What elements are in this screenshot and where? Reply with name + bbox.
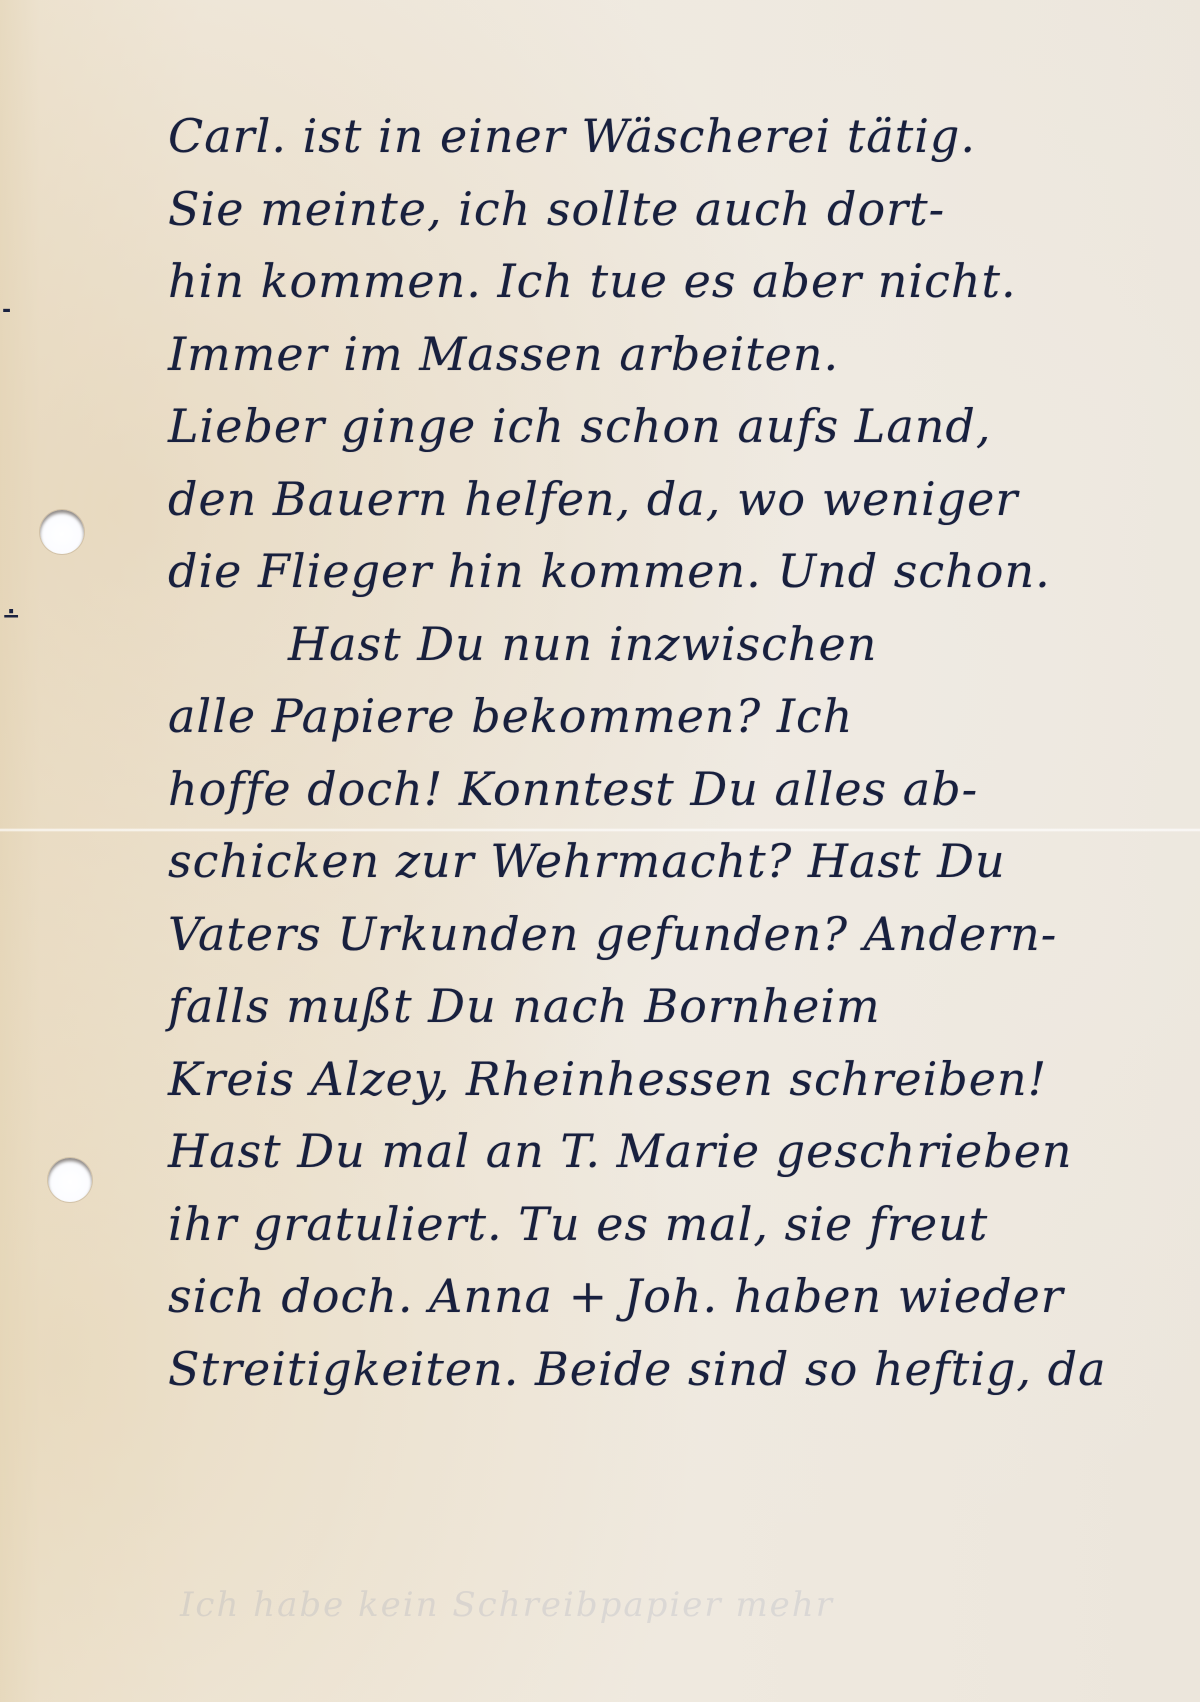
- punch-hole-bottom: [48, 1158, 92, 1202]
- letter-line: Immer im Massen arbeiten.: [168, 318, 1168, 391]
- letter-body: Carl. ist in einer Wäscherei tätig. Sie …: [168, 100, 1168, 1405]
- letter-line-paragraph-start: Hast Du nun inzwischen: [168, 608, 1168, 681]
- letter-line: Sie meinte, ich sollte auch dort-: [168, 173, 1168, 246]
- margin-ink-mark: ∸: [2, 606, 20, 628]
- letter-line: Kreis Alzey, Rheinhessen schreiben!: [168, 1043, 1168, 1116]
- letter-line: falls mußt Du nach Bornheim: [168, 970, 1168, 1043]
- bleed-through-text: Ich habe kein Schreibpapier mehr: [180, 1585, 834, 1625]
- letter-line: Vaters Urkunden gefunden? Andern-: [168, 898, 1168, 971]
- letter-line: Carl. ist in einer Wäscherei tätig.: [168, 100, 1168, 173]
- margin-ink-mark: -: [2, 300, 11, 322]
- letter-line: sich doch. Anna + Joh. haben wieder: [168, 1260, 1168, 1333]
- letter-line: Hast Du mal an T. Marie geschrieben: [168, 1115, 1168, 1188]
- letter-line: die Flieger hin kommen. Und schon.: [168, 535, 1168, 608]
- letter-line: hoffe doch! Konntest Du alles ab-: [168, 753, 1168, 826]
- letter-line: Streitigkeiten. Beide sind so heftig, da: [168, 1333, 1168, 1406]
- letter-line: schicken zur Wehrmacht? Hast Du: [168, 825, 1168, 898]
- letter-line: ihr gratuliert. Tu es mal, sie freut: [168, 1188, 1168, 1261]
- punch-hole-top: [40, 510, 84, 554]
- letter-line: alle Papiere bekommen? Ich: [168, 680, 1168, 753]
- letter-line: den Bauern helfen, da, wo weniger: [168, 463, 1168, 536]
- letter-line: hin kommen. Ich tue es aber nicht.: [168, 245, 1168, 318]
- letter-line: Lieber ginge ich schon aufs Land,: [168, 390, 1168, 463]
